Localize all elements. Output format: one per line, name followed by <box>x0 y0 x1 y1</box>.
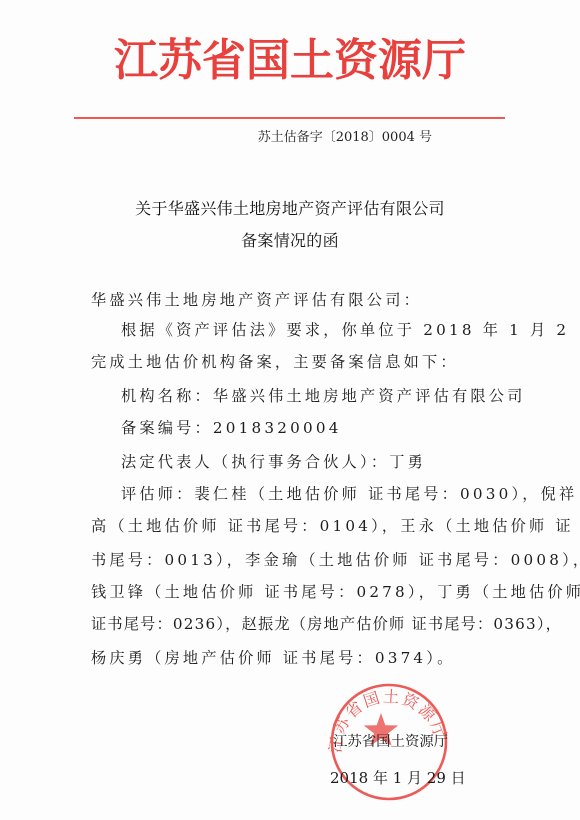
body-paragraph-line: 根据《资产评估法》要求，你单位于 2018 年 1 月 2 日 <box>121 320 580 340</box>
document-title-line-1: 关于华盛兴伟土地房地产资产评估有限公司 <box>0 196 580 219</box>
signature-date: 2018 年 1 月 29 日 <box>330 769 466 787</box>
appraisers-list-line: 高（土地估价师 证书尾号：0104），王永（土地估价师 证 <box>91 516 574 536</box>
signature-issuer: 江苏省国土资源厅 <box>333 733 448 751</box>
document-number: 苏土估备字〔2018〕0004 号 <box>258 129 432 147</box>
appraisers-list-line: 杨庆勇（房地产估价师 证书尾号：0374）。 <box>91 648 455 668</box>
field-agency-name: 机构名称：华盛兴伟土地房地产资产评估有限公司 <box>121 386 526 406</box>
appraisers-list-line: 评估师：裴仁桂（土地估价师 证书尾号：0030），倪祥 <box>121 484 577 504</box>
appraisers-list-line: 证书尾号：0236），赵振龙（房地产估价师 证书尾号：0363）， <box>91 614 562 634</box>
masthead-title: 江苏省国土资源厅 <box>0 36 580 86</box>
document-title-line-2: 备案情况的函 <box>0 228 580 251</box>
field-legal-representative: 法定代表人（执行事务合伙人）：丁勇 <box>121 452 426 472</box>
field-filing-number: 备案编号：2018320004 <box>121 418 342 438</box>
appraisers-list-line: 钱卫锋（土地估价师 证书尾号：0278），丁勇（土地估价师 <box>91 582 580 602</box>
appraisers-list-line: 书尾号：0013），李金瑜（土地估价师 证书尾号：0008）， <box>91 550 580 570</box>
salutation: 华盛兴伟土地房地产资产评估有限公司： <box>91 290 422 310</box>
document-page: 江苏省国土资源厅 苏土估备字〔2018〕0004 号 关于华盛兴伟土地房地产资产… <box>0 0 580 820</box>
body-paragraph-line: 完成土地估价机构备案，主要备案信息如下： <box>91 352 459 372</box>
red-divider-rule <box>74 117 505 119</box>
